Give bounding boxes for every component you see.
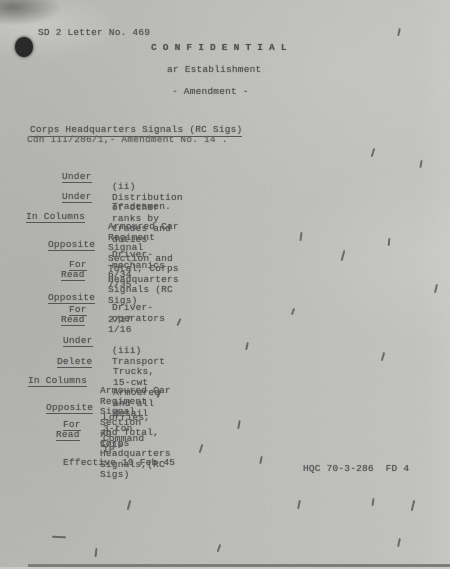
scan-mark: [419, 160, 422, 168]
scan-mark: [291, 308, 295, 315]
scan-mark: [217, 544, 221, 552]
entry-text: (iii) Transport: [112, 346, 165, 367]
entry-label: In Columns: [28, 376, 87, 388]
entry-label: Delete: [57, 357, 92, 369]
entry-row: Read 1/10: [0, 419, 24, 461]
scan-mark: [341, 250, 345, 261]
scan-mark: [371, 148, 375, 157]
entry-label: Opposite: [48, 293, 95, 305]
entry-label: In Columns: [26, 212, 85, 224]
scan-mark: [176, 318, 181, 326]
entry-label: Read: [61, 315, 85, 327]
scan-mark: [127, 500, 131, 510]
entry-label: Under: [62, 172, 92, 184]
entry-label: Opposite: [46, 403, 93, 415]
scan-mark: [237, 420, 240, 429]
scanned-document-page: SD 2 Letter No. 469 C O N F I D E N T I …: [0, 0, 450, 569]
entry-text: 7/35: [108, 280, 132, 291]
scan-mark: [95, 548, 97, 557]
scan-mark: [434, 284, 438, 293]
entry-text: 1/16: [108, 325, 132, 336]
letter-number: SD 2 Letter No. 469: [38, 28, 150, 39]
scan-mark: [411, 500, 415, 511]
entry-label: Under: [62, 192, 92, 204]
entry-label: Under: [63, 336, 93, 348]
scan-mark: [52, 536, 66, 538]
scan-mark: [245, 342, 248, 350]
scan-mark: [388, 238, 390, 246]
scan-mark: [259, 456, 262, 464]
establishment-line: ar Establishment: [167, 65, 261, 76]
entry-label: Read: [61, 270, 85, 282]
amendment-title: - Amendment -: [172, 87, 249, 98]
entry-label: Read: [56, 430, 80, 442]
entry-text: 1/10: [100, 440, 124, 451]
scan-mark: [199, 444, 203, 453]
entry-text: Driver-mechanics: [112, 250, 165, 271]
scan-mark: [297, 500, 300, 509]
entry-text: Tradesmen.: [112, 202, 171, 213]
effective-date: Effective 19 Feb 45: [63, 458, 175, 469]
file-reference: HQC 70-3-286 FD 4: [303, 464, 409, 475]
entry-label: Opposite: [48, 240, 95, 252]
scan-mark: [381, 352, 385, 361]
scan-mark: [371, 498, 374, 506]
subject-reference: Cdn III/286/1,- Amendment No. 14 .: [27, 135, 228, 146]
scan-mark: [299, 232, 302, 241]
classification-confidential: C O N F I D E N T I A L: [151, 43, 287, 54]
scan-mark: [397, 538, 400, 547]
scan-mark: [397, 28, 400, 36]
hole-punch-mark: [15, 37, 33, 57]
